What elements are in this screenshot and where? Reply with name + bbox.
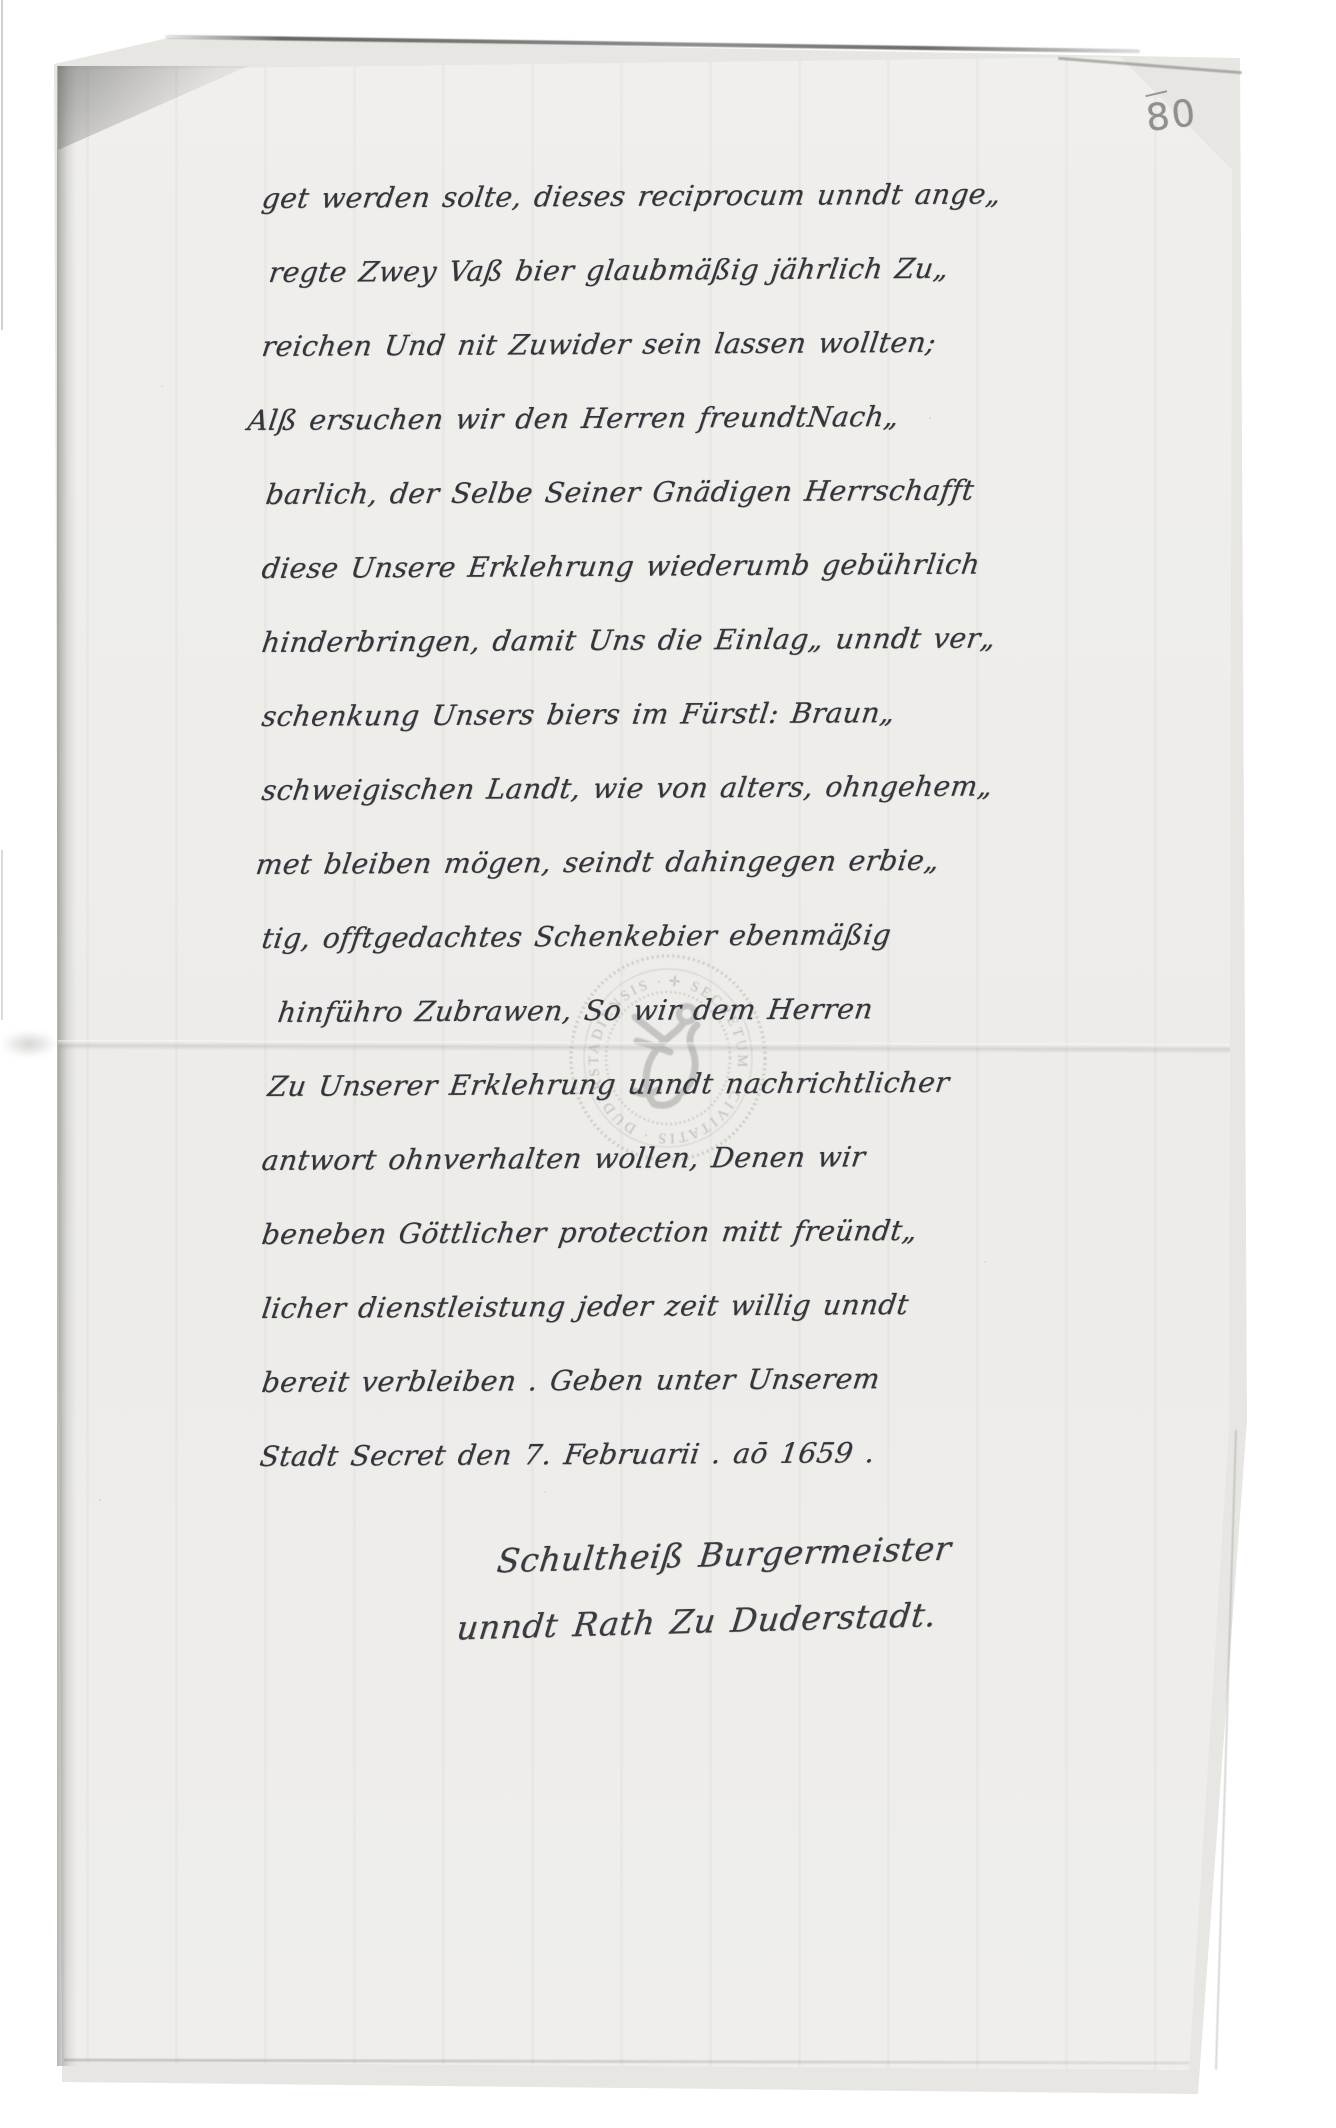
scan-edge-artifact (1, 0, 3, 330)
manuscript-scan: 80 ✛ SECRETUM ∙ CIVITATIS ∙ DUDERSTADIEN… (0, 0, 1336, 2128)
left-edge-shadow (57, 66, 77, 2066)
manuscript-line: Zu Unserer Erklehrung unndt nachrichtlic… (263, 1046, 958, 1124)
manuscript-line: tig, offtgedachtes Schenkebier ebenmäßig (257, 898, 958, 976)
manuscript-line: regte Zwey Vaß bier glaubmäßig jährlich … (264, 232, 958, 310)
margin-smudge (0, 1030, 58, 1058)
manuscript-line: Stadt Secret den 7. Februarii . aō 1659 … (255, 1416, 958, 1494)
manuscript-line: bereit verbleiben . Geben unter Unserem (257, 1342, 958, 1420)
manuscript-line: met bleiben mögen, seindt dahingegen erb… (251, 824, 958, 902)
manuscript-line: barlich, der Selbe Seiner Gnädigen Herrs… (261, 454, 958, 532)
manuscript-line: diese Unsere Erklehrung wiederumb gebühr… (257, 528, 958, 606)
manuscript-line: beneben Göttlicher protection mitt freün… (257, 1194, 958, 1272)
signature-block: Schultheiß Burgermeister unndt Rath Zu D… (496, 1516, 954, 1661)
manuscript-line: licher dienstleistung jeder zeit willig … (257, 1268, 958, 1346)
manuscript-body: get werden solte, dieses reciprocum unnd… (262, 162, 952, 1494)
manuscript-line: hinführo Zubrawen, So wir dem Herren (273, 972, 958, 1050)
signature-line: unndt Rath Zu Duderstadt. (453, 1582, 957, 1662)
folio-number-value: 80 (1144, 91, 1200, 140)
manuscript-line: Alß ersuchen wir den Herren freundtNach„ (243, 380, 958, 458)
manuscript-line: hinderbringen, damit Uns die Einlag„ unn… (257, 602, 958, 680)
manuscript-line: get werden solte, dieses reciprocum unnd… (257, 158, 958, 236)
manuscript-line: schenkung Unsers biers im Fürstl: Braun„ (257, 676, 958, 754)
manuscript-line: antwort ohnverhalten wollen, Denen wir (257, 1120, 958, 1198)
manuscript-line: reichen Und nit Zuwider sein lassen woll… (257, 306, 958, 384)
scan-edge-artifact (1, 850, 3, 1020)
manuscript-line: schweigischen Landt, wie von alters, ohn… (257, 750, 958, 828)
folio-number: 80 (1144, 91, 1200, 140)
